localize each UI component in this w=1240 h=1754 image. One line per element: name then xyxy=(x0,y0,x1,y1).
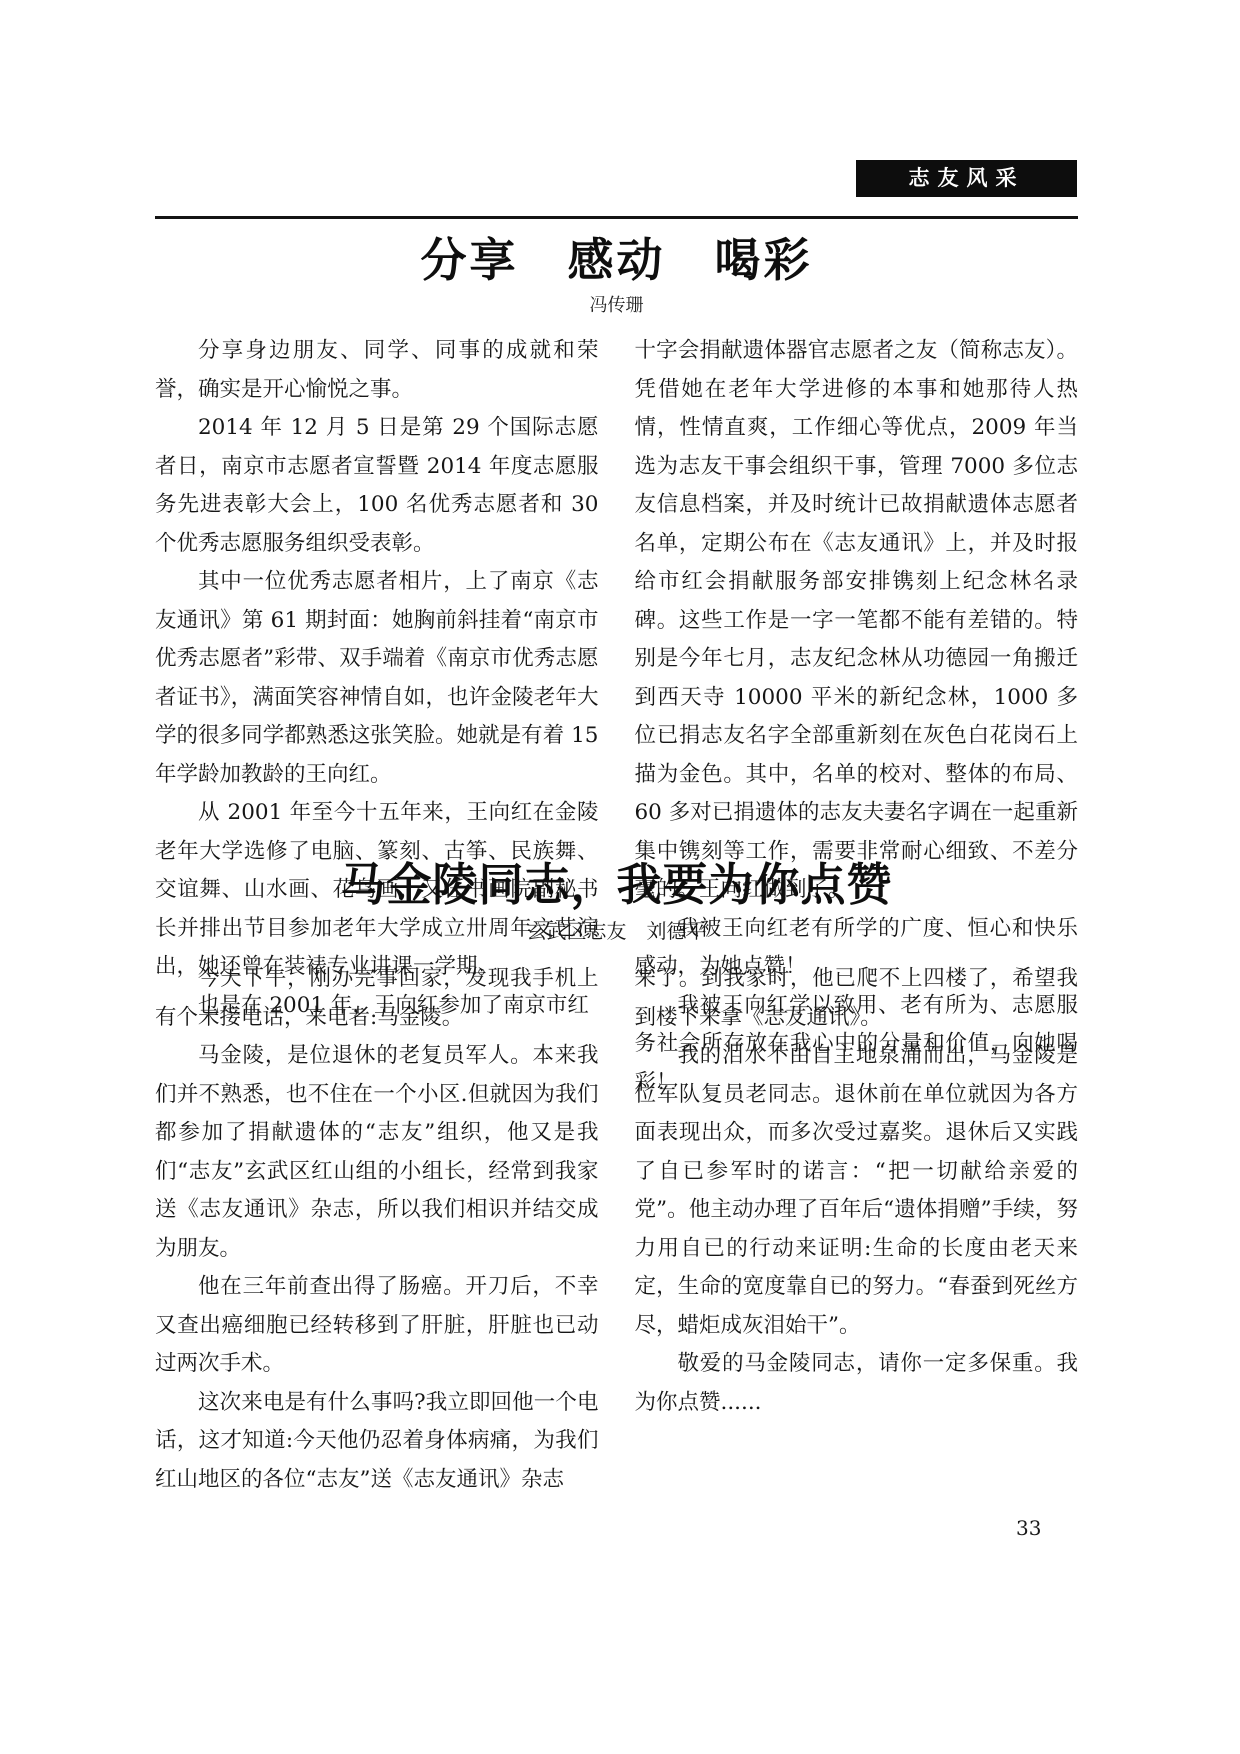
article-majinling-praise: 马金陵同志，我要为你点赞 玄武区志友 刘德平 今天下午，刚办完事回家，发现我手机… xyxy=(155,858,1078,1499)
article-author: 玄武区志友 刘德平 xyxy=(155,918,1078,944)
header-divider xyxy=(155,216,1078,219)
page-number: 33 xyxy=(1016,1516,1041,1540)
paragraph: 我的泪水不由自主地泉涌而出，马金陵是位军队复员老同志。退休前在单位就因为各方面表… xyxy=(635,1037,1079,1345)
paragraph: 这次来电是有什么事吗?我立即回他一个电话，这才知道:今天他仍忍着身体病痛，为我们… xyxy=(155,1384,599,1500)
paragraph: 今天下午，刚办完事回家，发现我手机上有个未接电话，来电者:马金陵。 xyxy=(155,960,599,1037)
article-body: 今天下午，刚办完事回家，发现我手机上有个未接电话，来电者:马金陵。马金陵，是位退… xyxy=(155,960,1078,1499)
paragraph: 2014 年 12 月 5 日是第 29 个国际志愿者日，南京市志愿者宣誓暨 2… xyxy=(155,409,599,563)
paragraph: 十字会捐献遗体器官志愿者之友（简称志友）。凭借她在老年大学进修的本事和她那待人热… xyxy=(635,332,1079,910)
paragraph: 其中一位优秀志愿者相片，上了南京《志友通讯》第 61 期封面：她胸前斜挂着“南京… xyxy=(155,563,599,794)
magazine-page: 志友风采 分享 感动 喝彩 冯传珊 分享身边朋友、同学、同事的成就和荣誉，确实是… xyxy=(0,0,1240,1754)
paragraph: 他在三年前查出得了肠癌。开刀后，不幸又查出癌细胞已经转移到了肝脏，肝脏也已动过两… xyxy=(155,1268,599,1384)
section-header-tag: 志友风采 xyxy=(856,160,1077,197)
paragraph: 来了。到我家时，他已爬不上四楼了，希望我到楼下来拿《志友通讯》。 xyxy=(635,960,1079,1037)
article-author: 冯传珊 xyxy=(155,294,1078,318)
paragraph: 分享身边朋友、同学、同事的成就和荣誉，确实是开心愉悦之事。 xyxy=(155,332,599,409)
article-title: 马金陵同志，我要为你点赞 xyxy=(155,858,1078,912)
paragraph: 马金陵，是位退休的老复员军人。本来我们并不熟悉，也不住在一个小区.但就因为我们都… xyxy=(155,1037,599,1268)
article-title: 分享 感动 喝彩 xyxy=(155,234,1078,286)
paragraph: 敬爱的马金陵同志，请你一定多保重。我为你点赞...... xyxy=(635,1345,1079,1422)
left-column: 今天下午，刚办完事回家，发现我手机上有个未接电话，来电者:马金陵。马金陵，是位退… xyxy=(155,960,599,1499)
right-column: 来了。到我家时，他已爬不上四楼了，希望我到楼下来拿《志友通讯》。我的泪水不由自主… xyxy=(635,960,1079,1499)
